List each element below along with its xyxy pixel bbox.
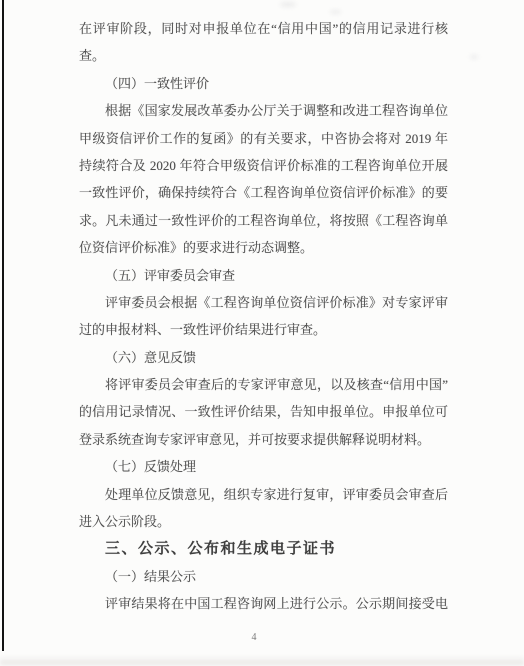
text-line: 在评审阶段，同时对申报单位在“信用中国”的信用记录进行核 (79, 15, 448, 42)
text-line: （一）结果公示 (79, 563, 448, 590)
text-line: 求。凡未通过一致性评价的工程咨询单位，将按照《工程咨询单 (79, 207, 448, 234)
text-line: 的信用记录情况、一致性评价结果，告知申报单位。申报单位可 (79, 398, 448, 425)
text-line: 处理单位反馈意见，组织专家进行复审，评审委员会审查后 (79, 481, 448, 508)
text-line: （七）反馈处理 (79, 453, 448, 480)
scan-bottom-artifact (0, 656, 524, 665)
scan-smudge (470, 55, 478, 59)
document-body: 在评审阶段，同时对申报单位在“信用中国”的信用记录进行核查。（四）一致性评价根据… (79, 15, 448, 618)
document-page: 在评审阶段，同时对申报单位在“信用中国”的信用记录进行核查。（四）一致性评价根据… (0, 0, 524, 666)
text-line: 过的申报材料、一致性评价结果进行审查。 (79, 316, 448, 343)
scan-smudge (330, 10, 341, 14)
text-line: 将评审委员会审查后的专家评审意见，以及核查“信用中国” (79, 371, 448, 398)
text-line: 进入公示阶段。 (79, 508, 448, 535)
scan-edge-line (2, 0, 4, 651)
text-line: 甲级资信评价工作的复函》的有关要求，中咨协会将对 2019 年 (79, 125, 448, 152)
text-line: （四）一致性评价 (79, 70, 448, 97)
text-line: 持续符合及 2020 年符合甲级资信评价标准的工程咨询单位开展 (79, 152, 448, 179)
scan-smudge (280, 2, 296, 7)
text-line: 登录系统查询专家评审意见，并可按要求提供解释说明材料。 (79, 426, 448, 453)
text-line: 一致性评价，确保持续符合《工程咨询单位资信评价标准》的要 (79, 179, 448, 206)
text-line: （五）评审委员会审查 (79, 262, 448, 289)
text-line: 位资信评价标准》的要求进行动态调整。 (79, 234, 448, 261)
page-number: 4 (79, 632, 429, 643)
text-line: 评审结果将在中国工程咨询网上进行公示。公示期间接受电 (79, 590, 448, 617)
text-line: 根据《国家发展改革委办公厅关于调整和改进工程咨询单位 (79, 97, 448, 124)
text-line: （六）意见反馈 (79, 344, 448, 371)
section-heading-line: 三、公示、公布和生成电子证书 (79, 535, 448, 562)
text-line: 评审委员会根据《工程咨询单位资信评价标准》对专家评审 (79, 289, 448, 316)
text-line: 查。 (79, 42, 448, 69)
